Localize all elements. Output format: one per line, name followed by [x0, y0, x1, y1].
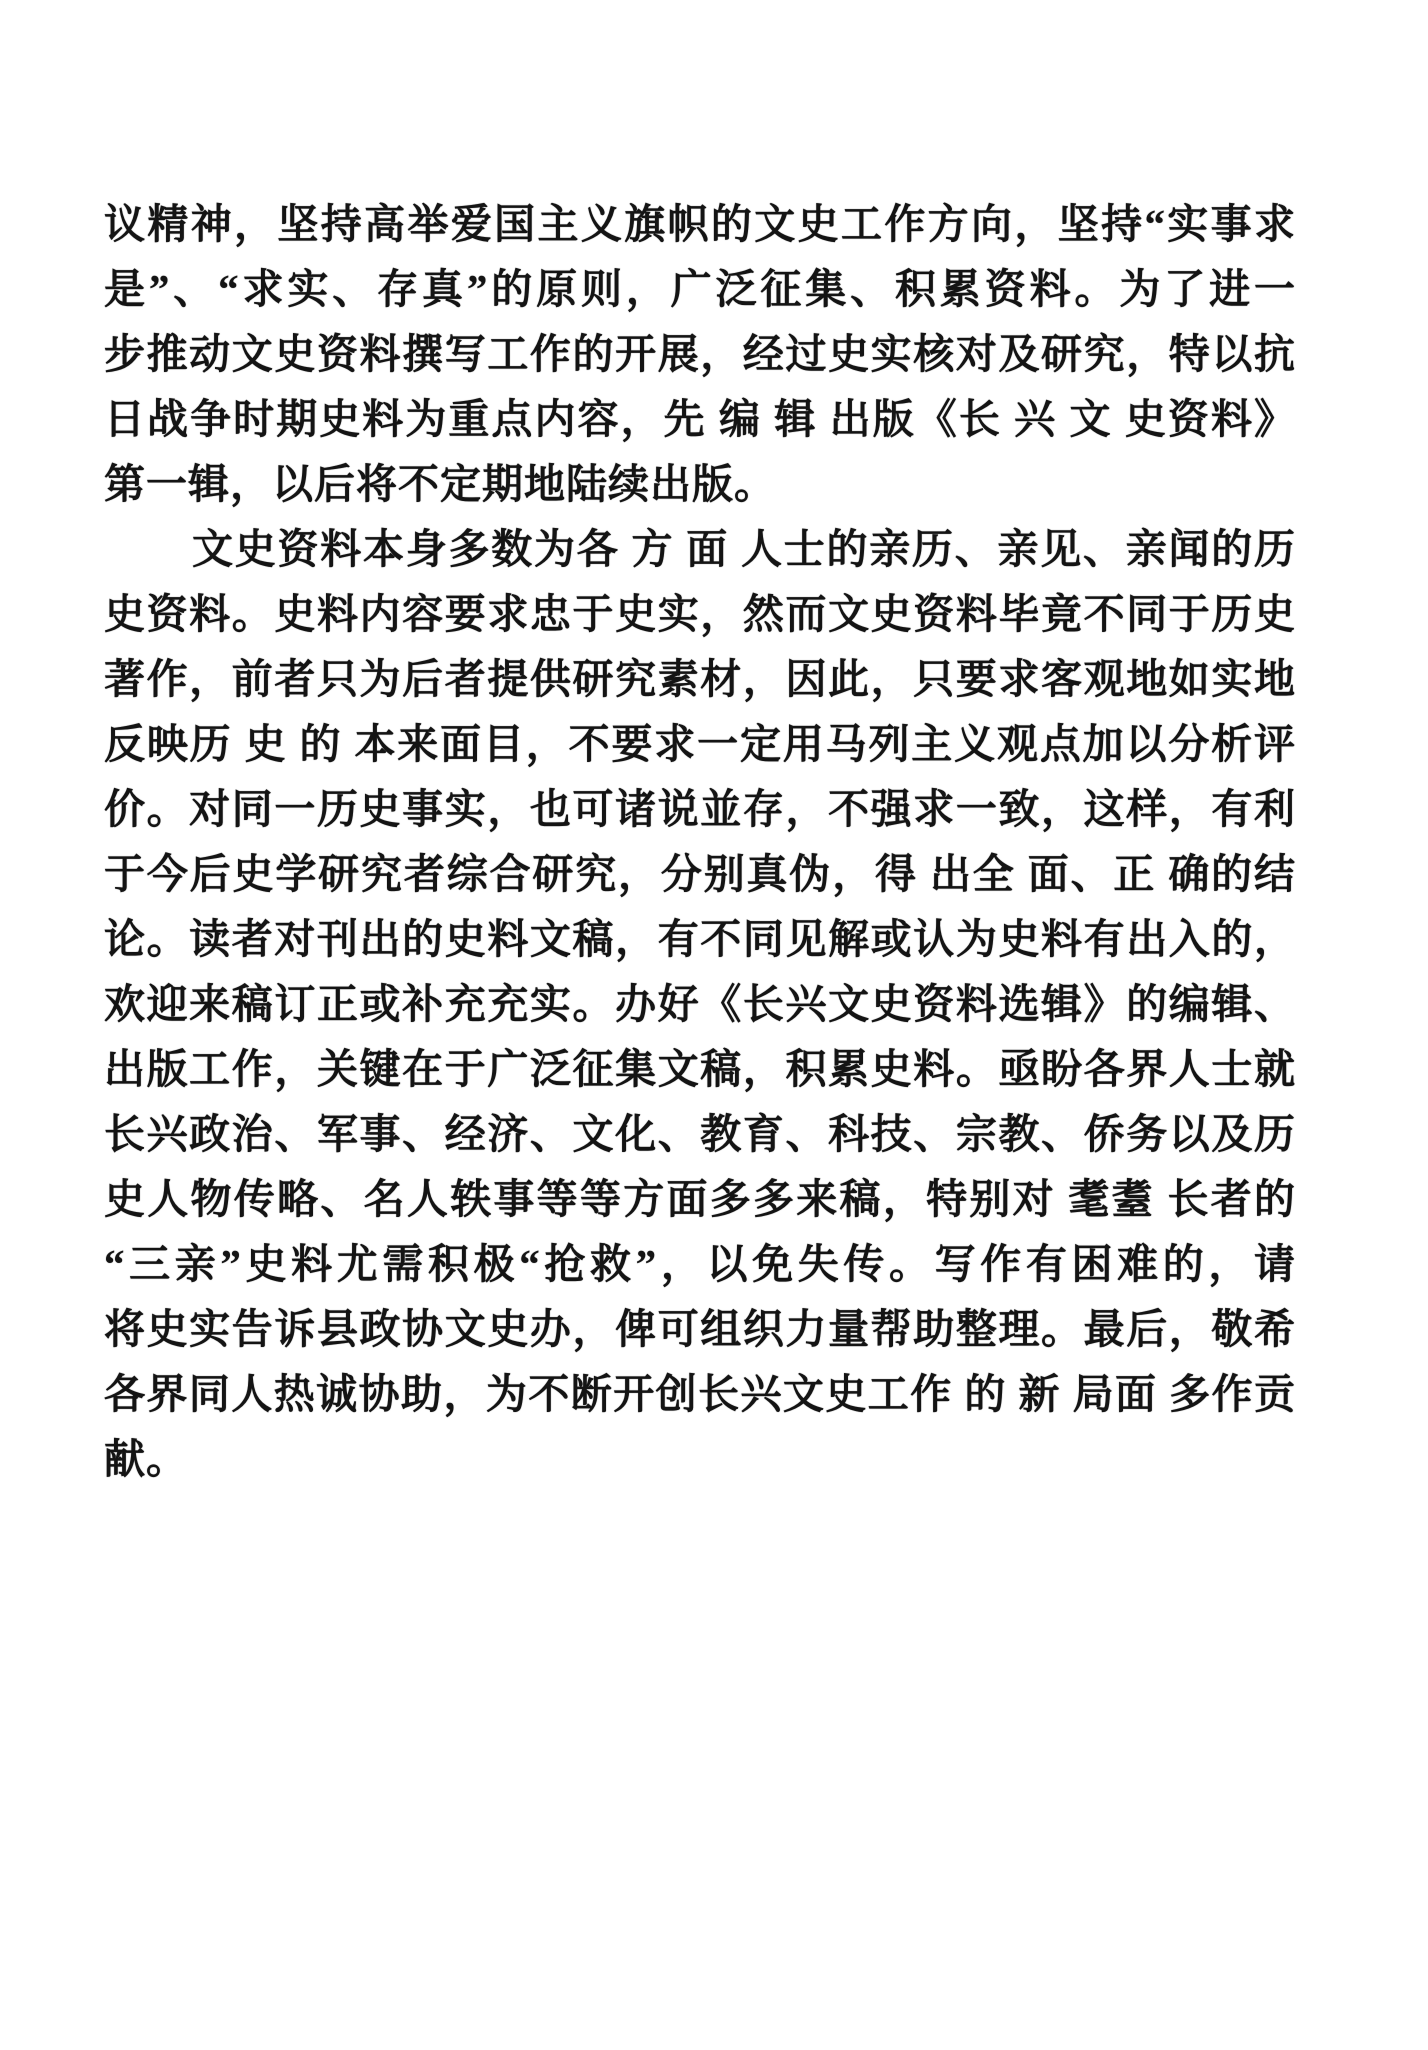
text-line: 各界同人热诚协助，为不断开创长兴文史工作 的 新 局面 多作贡 [104, 1362, 1296, 1427]
text-line: 将史实告诉县政协文史办，俾可组织力量帮助整理。最后，敬希 [104, 1297, 1296, 1362]
text-line: 著作，前者只为后者提供研究素材，因此，只要求客观地如实地 [104, 647, 1296, 712]
body-text: 议精神，坚持高举爱国主义旗帜的文史工作方向，坚持“实事求是”、“求实、存真”的原… [104, 192, 1296, 1492]
scanned-page: 议精神，坚持高举爱国主义旗帜的文史工作方向，坚持“实事求是”、“求实、存真”的原… [0, 0, 1428, 2050]
text-line: 史人物传略、名人轶事等等方面多多来稿，特别对 耄耋 长者的 [104, 1167, 1296, 1232]
text-line: 长兴政治、军事、经济、文化、教育、科技、宗教、侨务以及历 [104, 1102, 1296, 1167]
text-line: 出版工作，关键在于广泛征集文稿，积累史料。亟盼各界人士就 [104, 1037, 1296, 1102]
text-line: 第一辑，以后将不定期地陆续出版。 [104, 452, 1296, 517]
text-line: 日战争时期史料为重点内容，先 编 辑 出版《长 兴 文 史资料》 [104, 387, 1296, 452]
text-line: 反映历 史 的 本来面目，不要求一定用马列主义观点加以分析评 [104, 712, 1296, 777]
text-line: 史资料。史料内容要求忠于史实，然而文史资料毕竟不同于历史 [104, 582, 1296, 647]
text-line: “三亲”史料尤需积极“抢救”，以免失传。写作有困难的，请 [104, 1232, 1296, 1297]
text-line: 步推动文史资料撰写工作的开展，经过史实核对及研究，特以抗 [104, 322, 1296, 387]
text-line: 欢迎来稿订正或补充充实。办好《长兴文史资料选辑》的编辑、 [104, 972, 1296, 1037]
text-line: 是”、“求实、存真”的原则，广泛征集、积累资料。为了进一 [104, 257, 1296, 322]
text-line: 献。 [104, 1427, 1296, 1492]
text-line: 文史资料本身多数为各 方 面 人士的亲历、亲见、亲闻的历 [104, 517, 1296, 582]
text-line: 于今后史学研究者综合研究，分别真伪，得 出全 面、正 确的结 [104, 842, 1296, 907]
paragraph-1: 议精神，坚持高举爱国主义旗帜的文史工作方向，坚持“实事求是”、“求实、存真”的原… [104, 192, 1296, 517]
text-line: 价。对同一历史事实，也可诸说並存，不强求一致，这样，有利 [104, 777, 1296, 842]
text-line: 议精神，坚持高举爱国主义旗帜的文史工作方向，坚持“实事求 [104, 192, 1296, 257]
text-line: 论。读者对刊出的史料文稿，有不同见解或认为史料有出入的， [104, 907, 1296, 972]
paragraph-2: 文史资料本身多数为各 方 面 人士的亲历、亲见、亲闻的历史资料。史料内容要求忠于… [104, 517, 1296, 1492]
